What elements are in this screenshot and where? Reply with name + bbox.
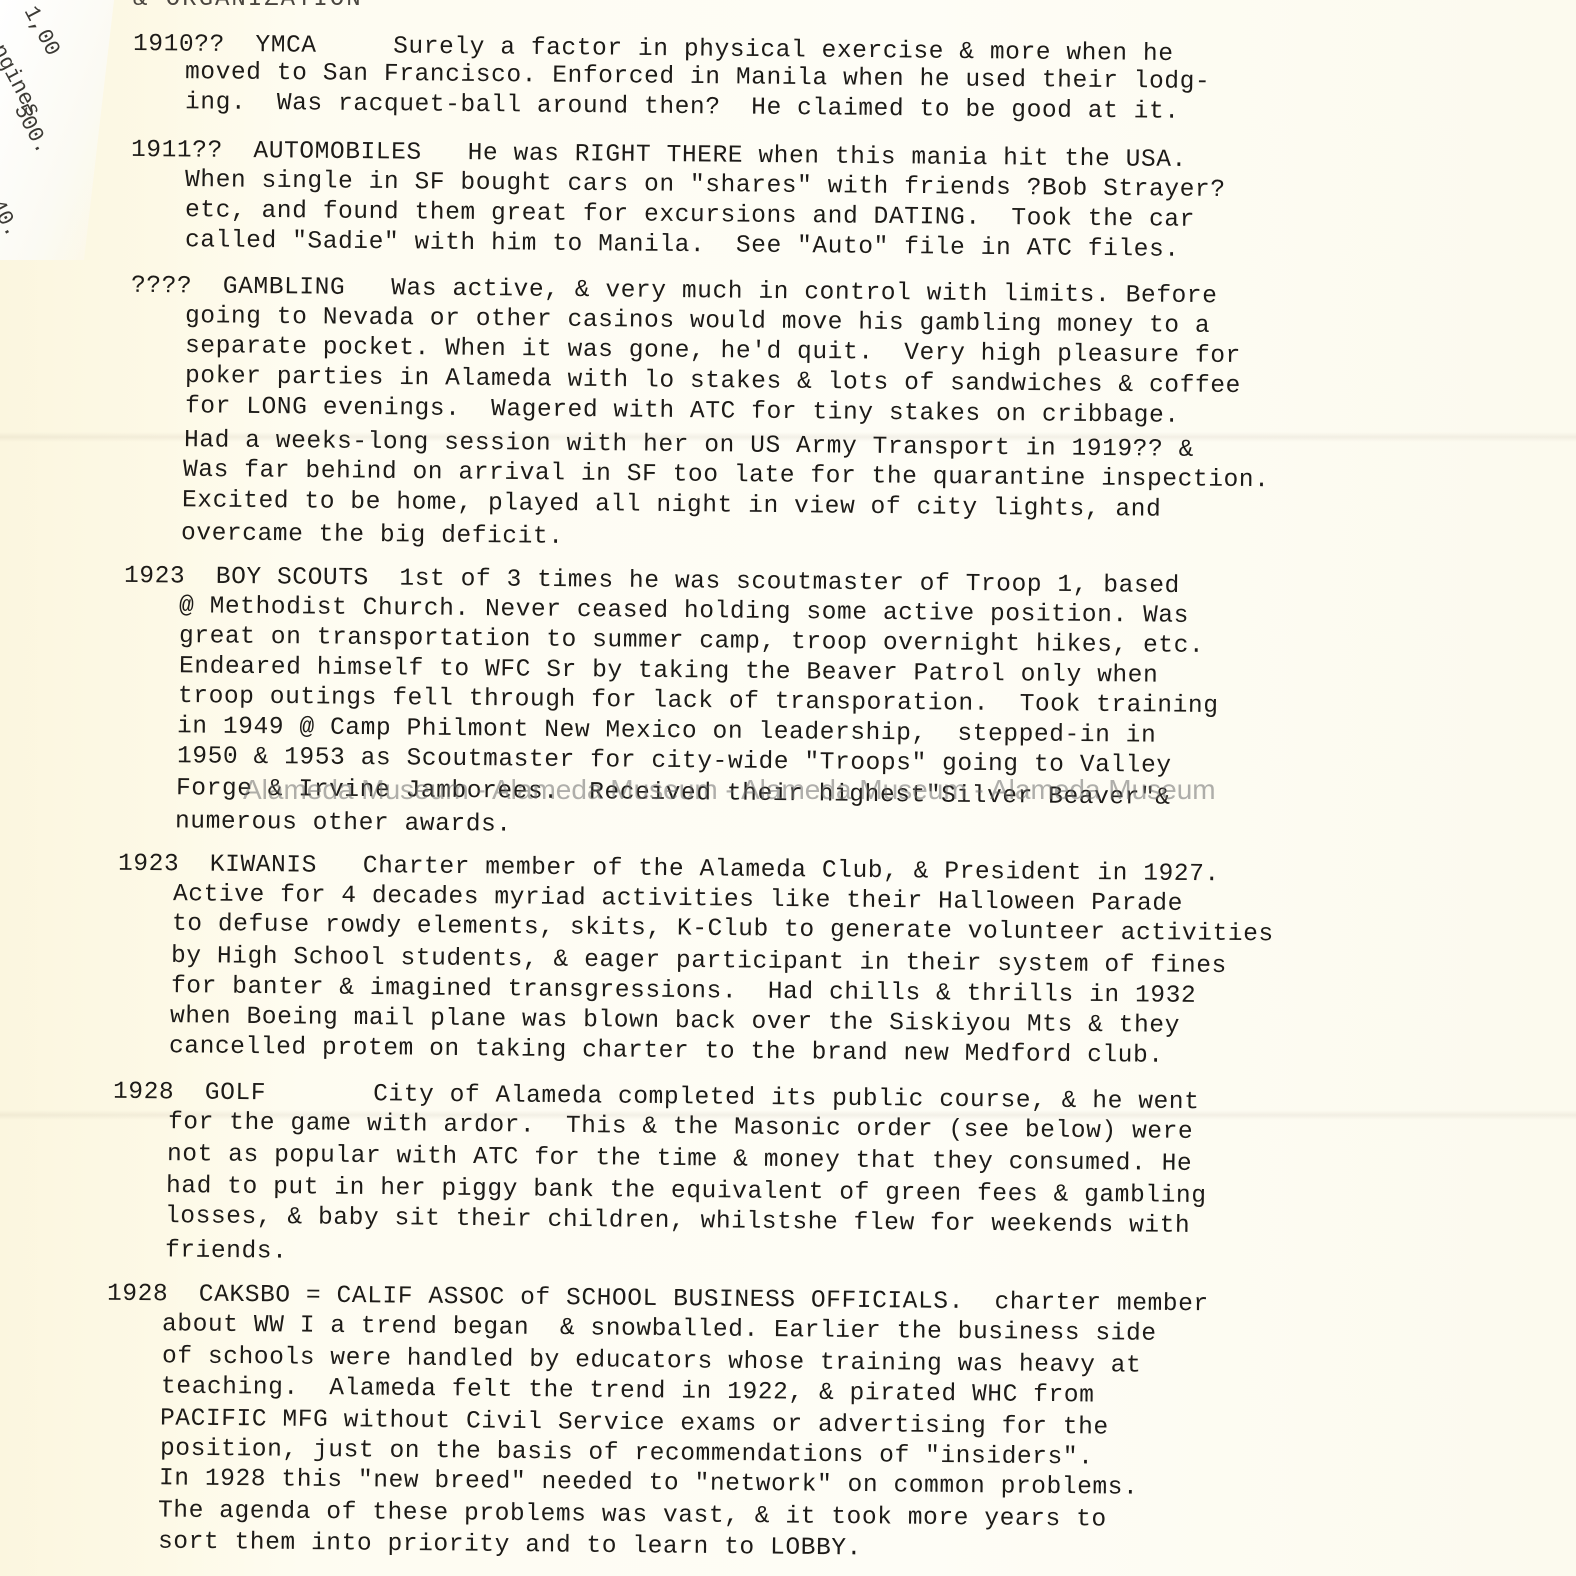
entry-text-line: called "Sadie" with him to Manila. See "… [185,229,1180,263]
entry-text-line: 1950 & 1953 as Scoutmaster for city-wide… [177,745,1172,779]
entry-text-line: In 1928 this "new breed" needed to "netw… [159,1467,1139,1501]
entry-text-line: Forge & Irvine Jamborees. Received their… [176,777,1171,811]
entry-text-line: sort them into priority and to learn to … [158,1531,862,1562]
entry-text-line: Excited to be home, played all night in … [182,489,1162,523]
entry-text-line: losses, & baby sit their children, whils… [165,1205,1190,1239]
entry-text-line: teaching. Alameda felt the trend in 1922… [161,1376,1095,1409]
entry-text-line: about WW I a trend began & snowballed. E… [162,1313,1157,1347]
section-heading: & ORGANIZATION [133,0,363,13]
entry-text-line: numerous other awards. [175,810,512,838]
document-page: 1,00 ngines 500. 40. & ORGANIZATION 1910… [0,0,1576,1576]
entry-text-line: to defuse rowdy elements, skits, K-Club … [172,913,1274,948]
entry-text-line: not as popular with ATC for the time & m… [167,1143,1192,1177]
entry-text-line: for LONG evenings. Wagered with ATC for … [185,395,1180,429]
entry-text-line: friends. [165,1239,288,1265]
entry-text-line: ing. Was racquet-ball around then? He cl… [185,91,1180,125]
entry-text-line: cancelled protem on taking charter to th… [169,1035,1164,1069]
entry-text-line: overcame the big deficit. [181,522,564,550]
entry-text-line: The agenda of these problems was vast, &… [158,1499,1107,1533]
